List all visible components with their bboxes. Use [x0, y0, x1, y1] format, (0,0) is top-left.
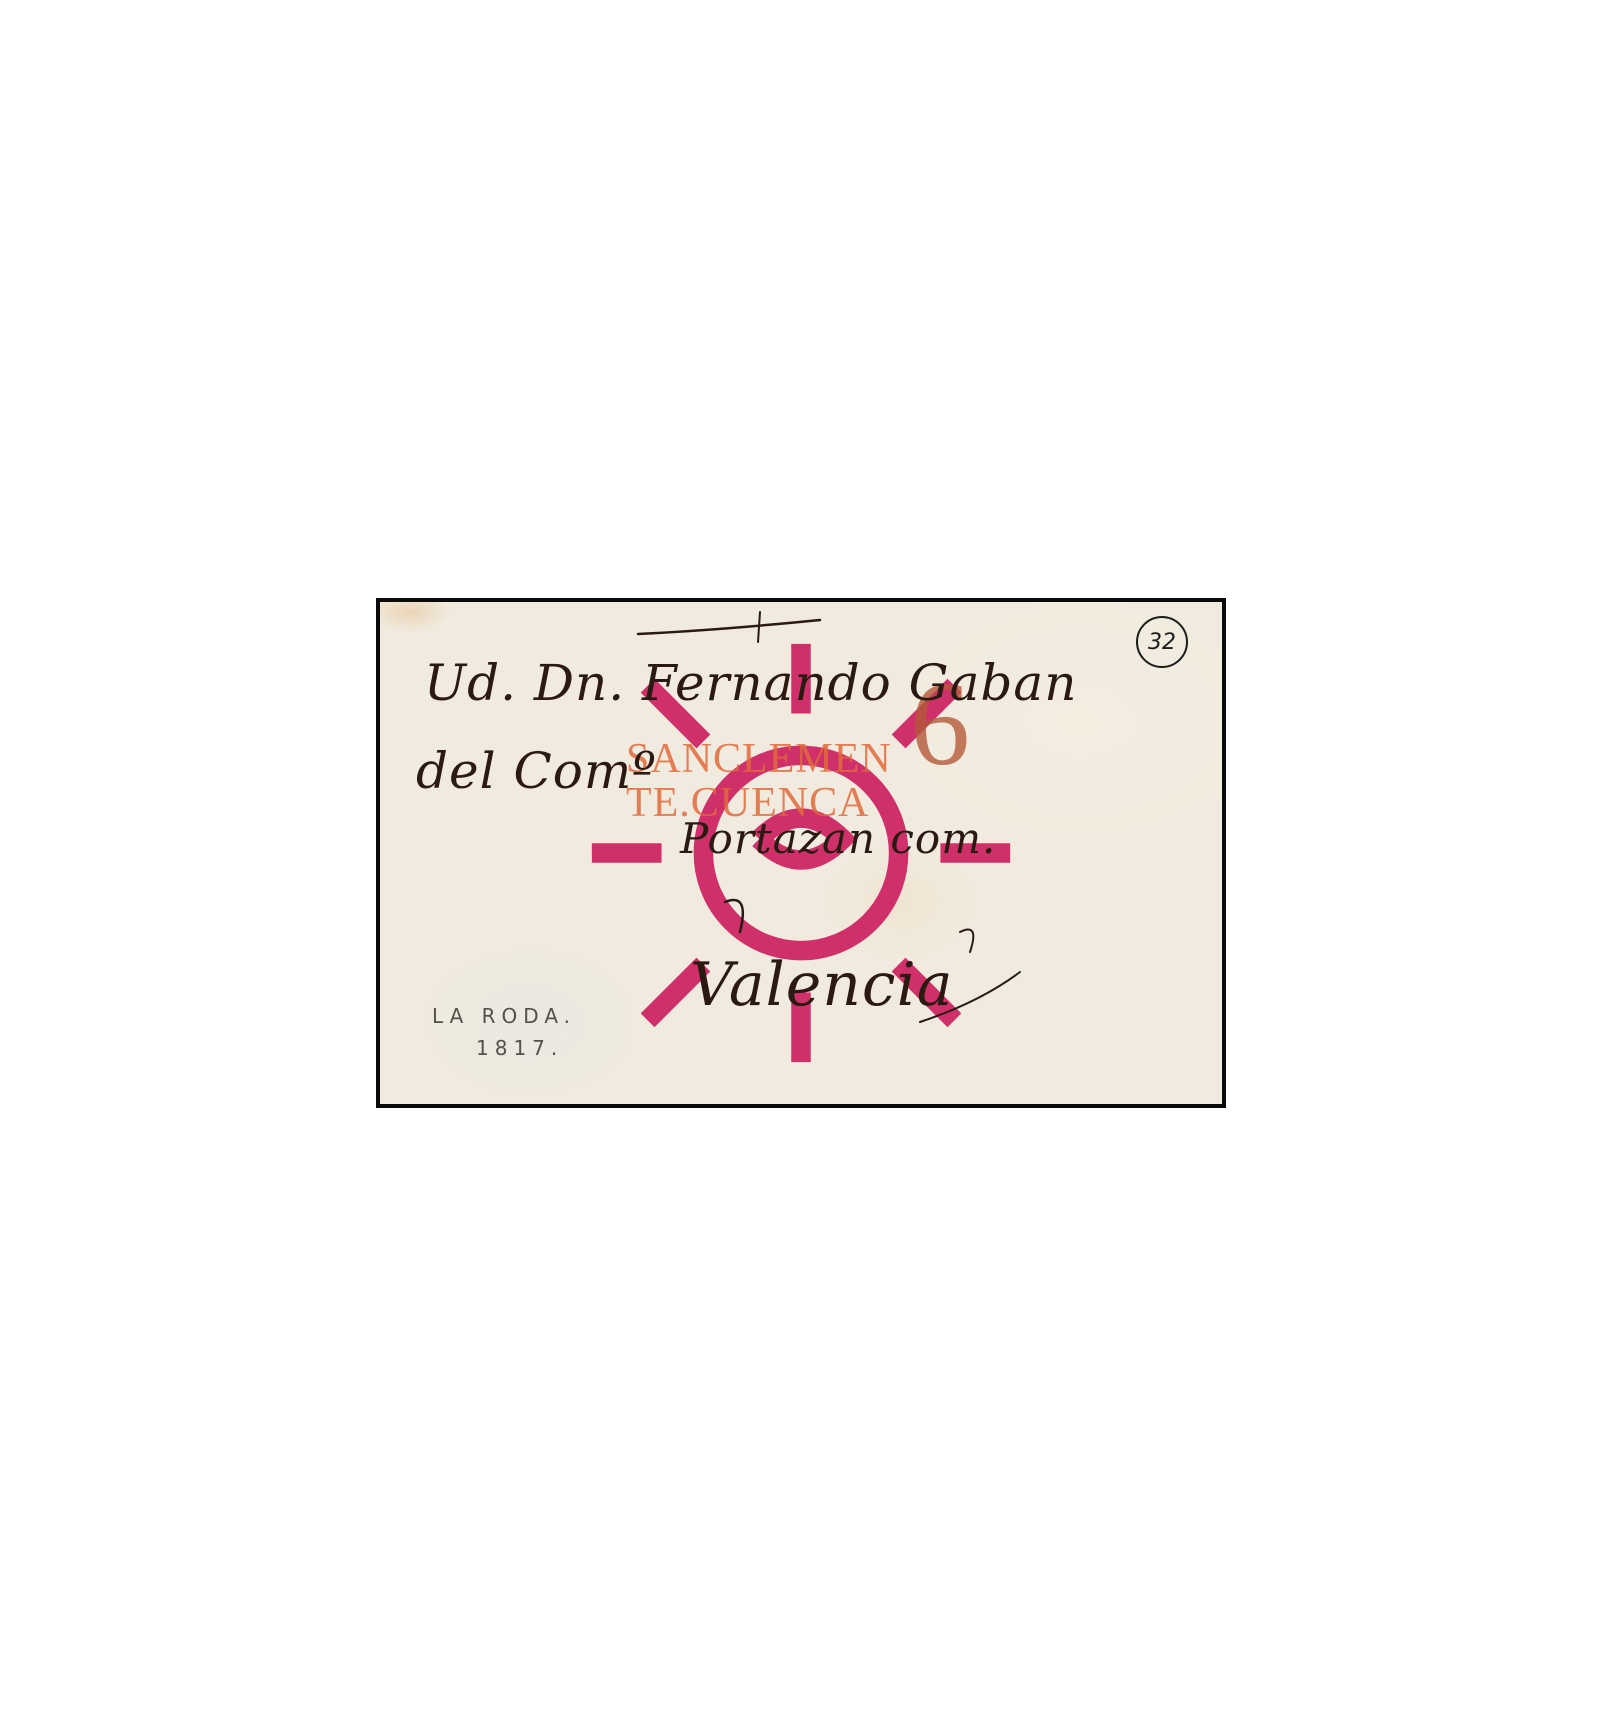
pencil-note-year: 1817. [476, 1036, 563, 1060]
pencil-note-town: LA RODA. [432, 1004, 576, 1028]
handwriting-flourishes [380, 602, 1222, 1104]
postal-cover: 32 6 SANCLEMEN TE.CUENCA Ud. Dn. Fernand… [376, 598, 1226, 1108]
